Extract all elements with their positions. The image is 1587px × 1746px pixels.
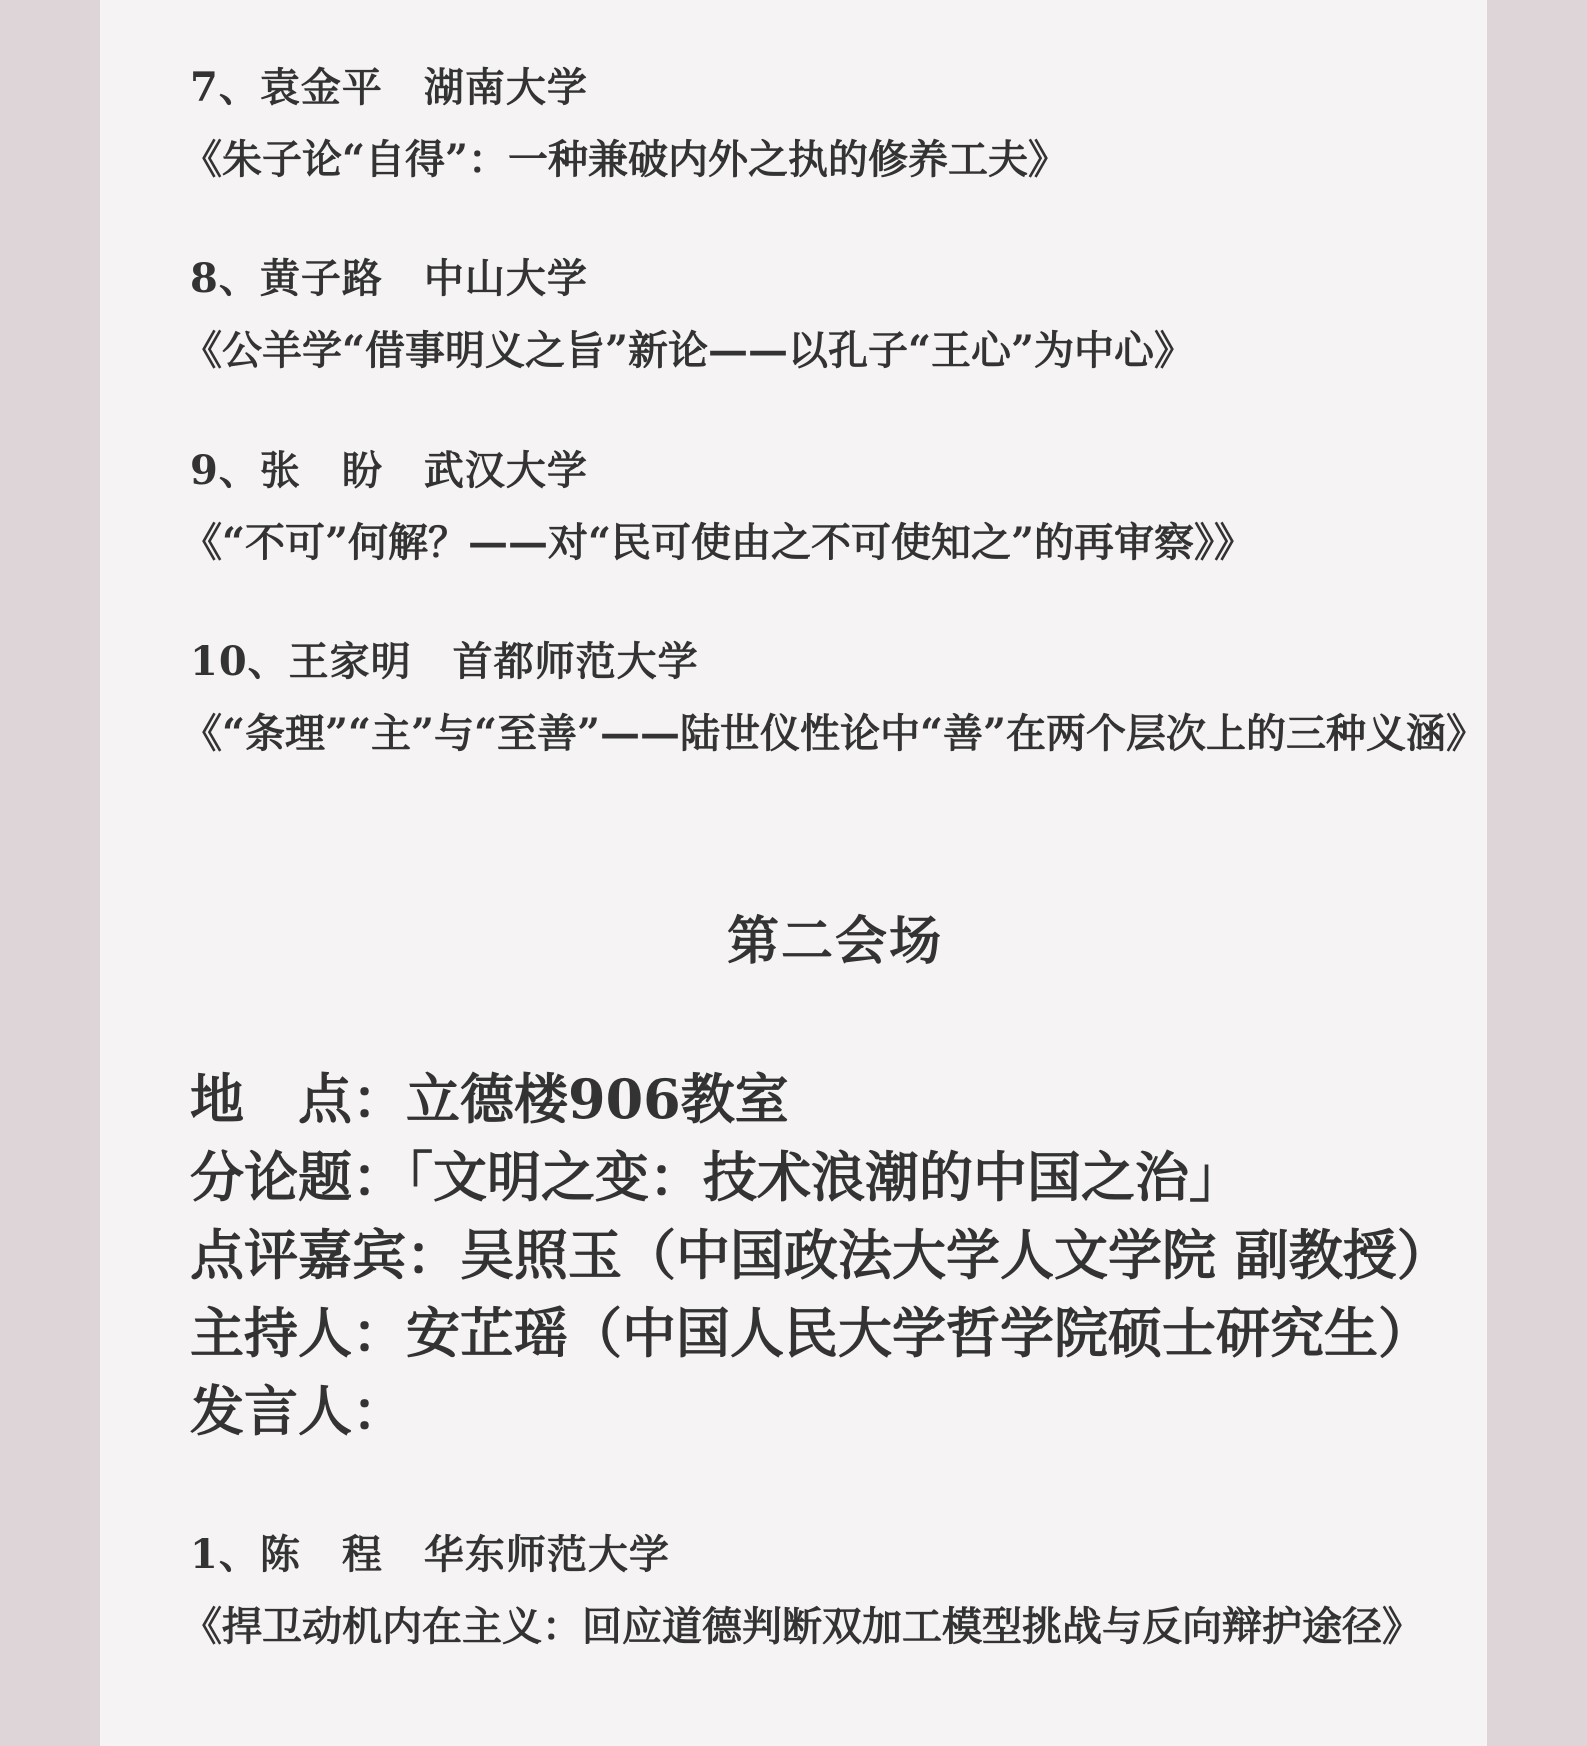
speaker-entry-10: 10、王家明 首都师范大学 《“条理”“主”与“至善”——陆世仪性论中“善”在两… xyxy=(190,638,1480,766)
paper-title: 《朱子论“自得”：一种兼破内外之执的修养工夫》 xyxy=(182,128,1480,192)
document-panel: 7、袁金平 湖南大学 《朱子论“自得”：一种兼破内外之执的修养工夫》 8、黄子路… xyxy=(100,0,1487,1746)
speaker-entry-8: 8、黄子路 中山大学 《公羊学“借事明义之旨”新论——以孔子“王心”为中心》 xyxy=(190,255,1480,383)
speaker-name-affiliation: 7、袁金平 湖南大学 xyxy=(190,64,1480,112)
paper-title: 《“不可”何解？——对“民可使由之不可使知之”的再审察》》 xyxy=(182,511,1480,575)
speaker-entry-7: 7、袁金平 湖南大学 《朱子论“自得”：一种兼破内外之执的修养工夫》 xyxy=(190,64,1480,192)
session-info-block: 地 点：立德楼906教室 分论题：「文明之变：技术浪潮的中国之治」 点评嘉宾：吴… xyxy=(190,1060,1510,1450)
section-heading-venue-2: 第二会场 xyxy=(190,912,1480,972)
paper-title: 《公羊学“借事明义之旨”新论——以孔子“王心”为中心》 xyxy=(182,319,1480,383)
paper-title: 《“条理”“主”与“至善”——陆世仪性论中“善”在两个层次上的三种义涵》 xyxy=(182,702,1480,766)
speaker-name-affiliation: 9、张 盼 武汉大学 xyxy=(190,447,1480,495)
host-row: 主持人：安芷瑶（中国人民大学哲学院硕士研究生） xyxy=(190,1294,1510,1372)
speaker-name-affiliation: 1、陈 程 华东师范大学 xyxy=(190,1531,1480,1579)
speaker-name-affiliation: 8、黄子路 中山大学 xyxy=(190,255,1480,303)
speakers-label-row: 发言人： xyxy=(190,1372,1510,1450)
speaker-entry-s2-1: 1、陈 程 华东师范大学 《捍卫动机内在主义：回应道德判断双加工模型挑战与反向辩… xyxy=(190,1531,1480,1659)
location-row: 地 点：立德楼906教室 xyxy=(190,1060,1510,1138)
speaker-name-affiliation: 10、王家明 首都师范大学 xyxy=(190,638,1480,686)
commentator-row: 点评嘉宾：吴照玉（中国政法大学人文学院 副教授） xyxy=(190,1216,1510,1294)
paper-title: 《捍卫动机内在主义：回应道德判断双加工模型挑战与反向辩护途径》 xyxy=(182,1595,1480,1659)
speaker-entry-9: 9、张 盼 武汉大学 《“不可”何解？——对“民可使由之不可使知之”的再审察》》 xyxy=(190,447,1480,575)
subtopic-row: 分论题：「文明之变：技术浪潮的中国之治」 xyxy=(190,1138,1510,1216)
